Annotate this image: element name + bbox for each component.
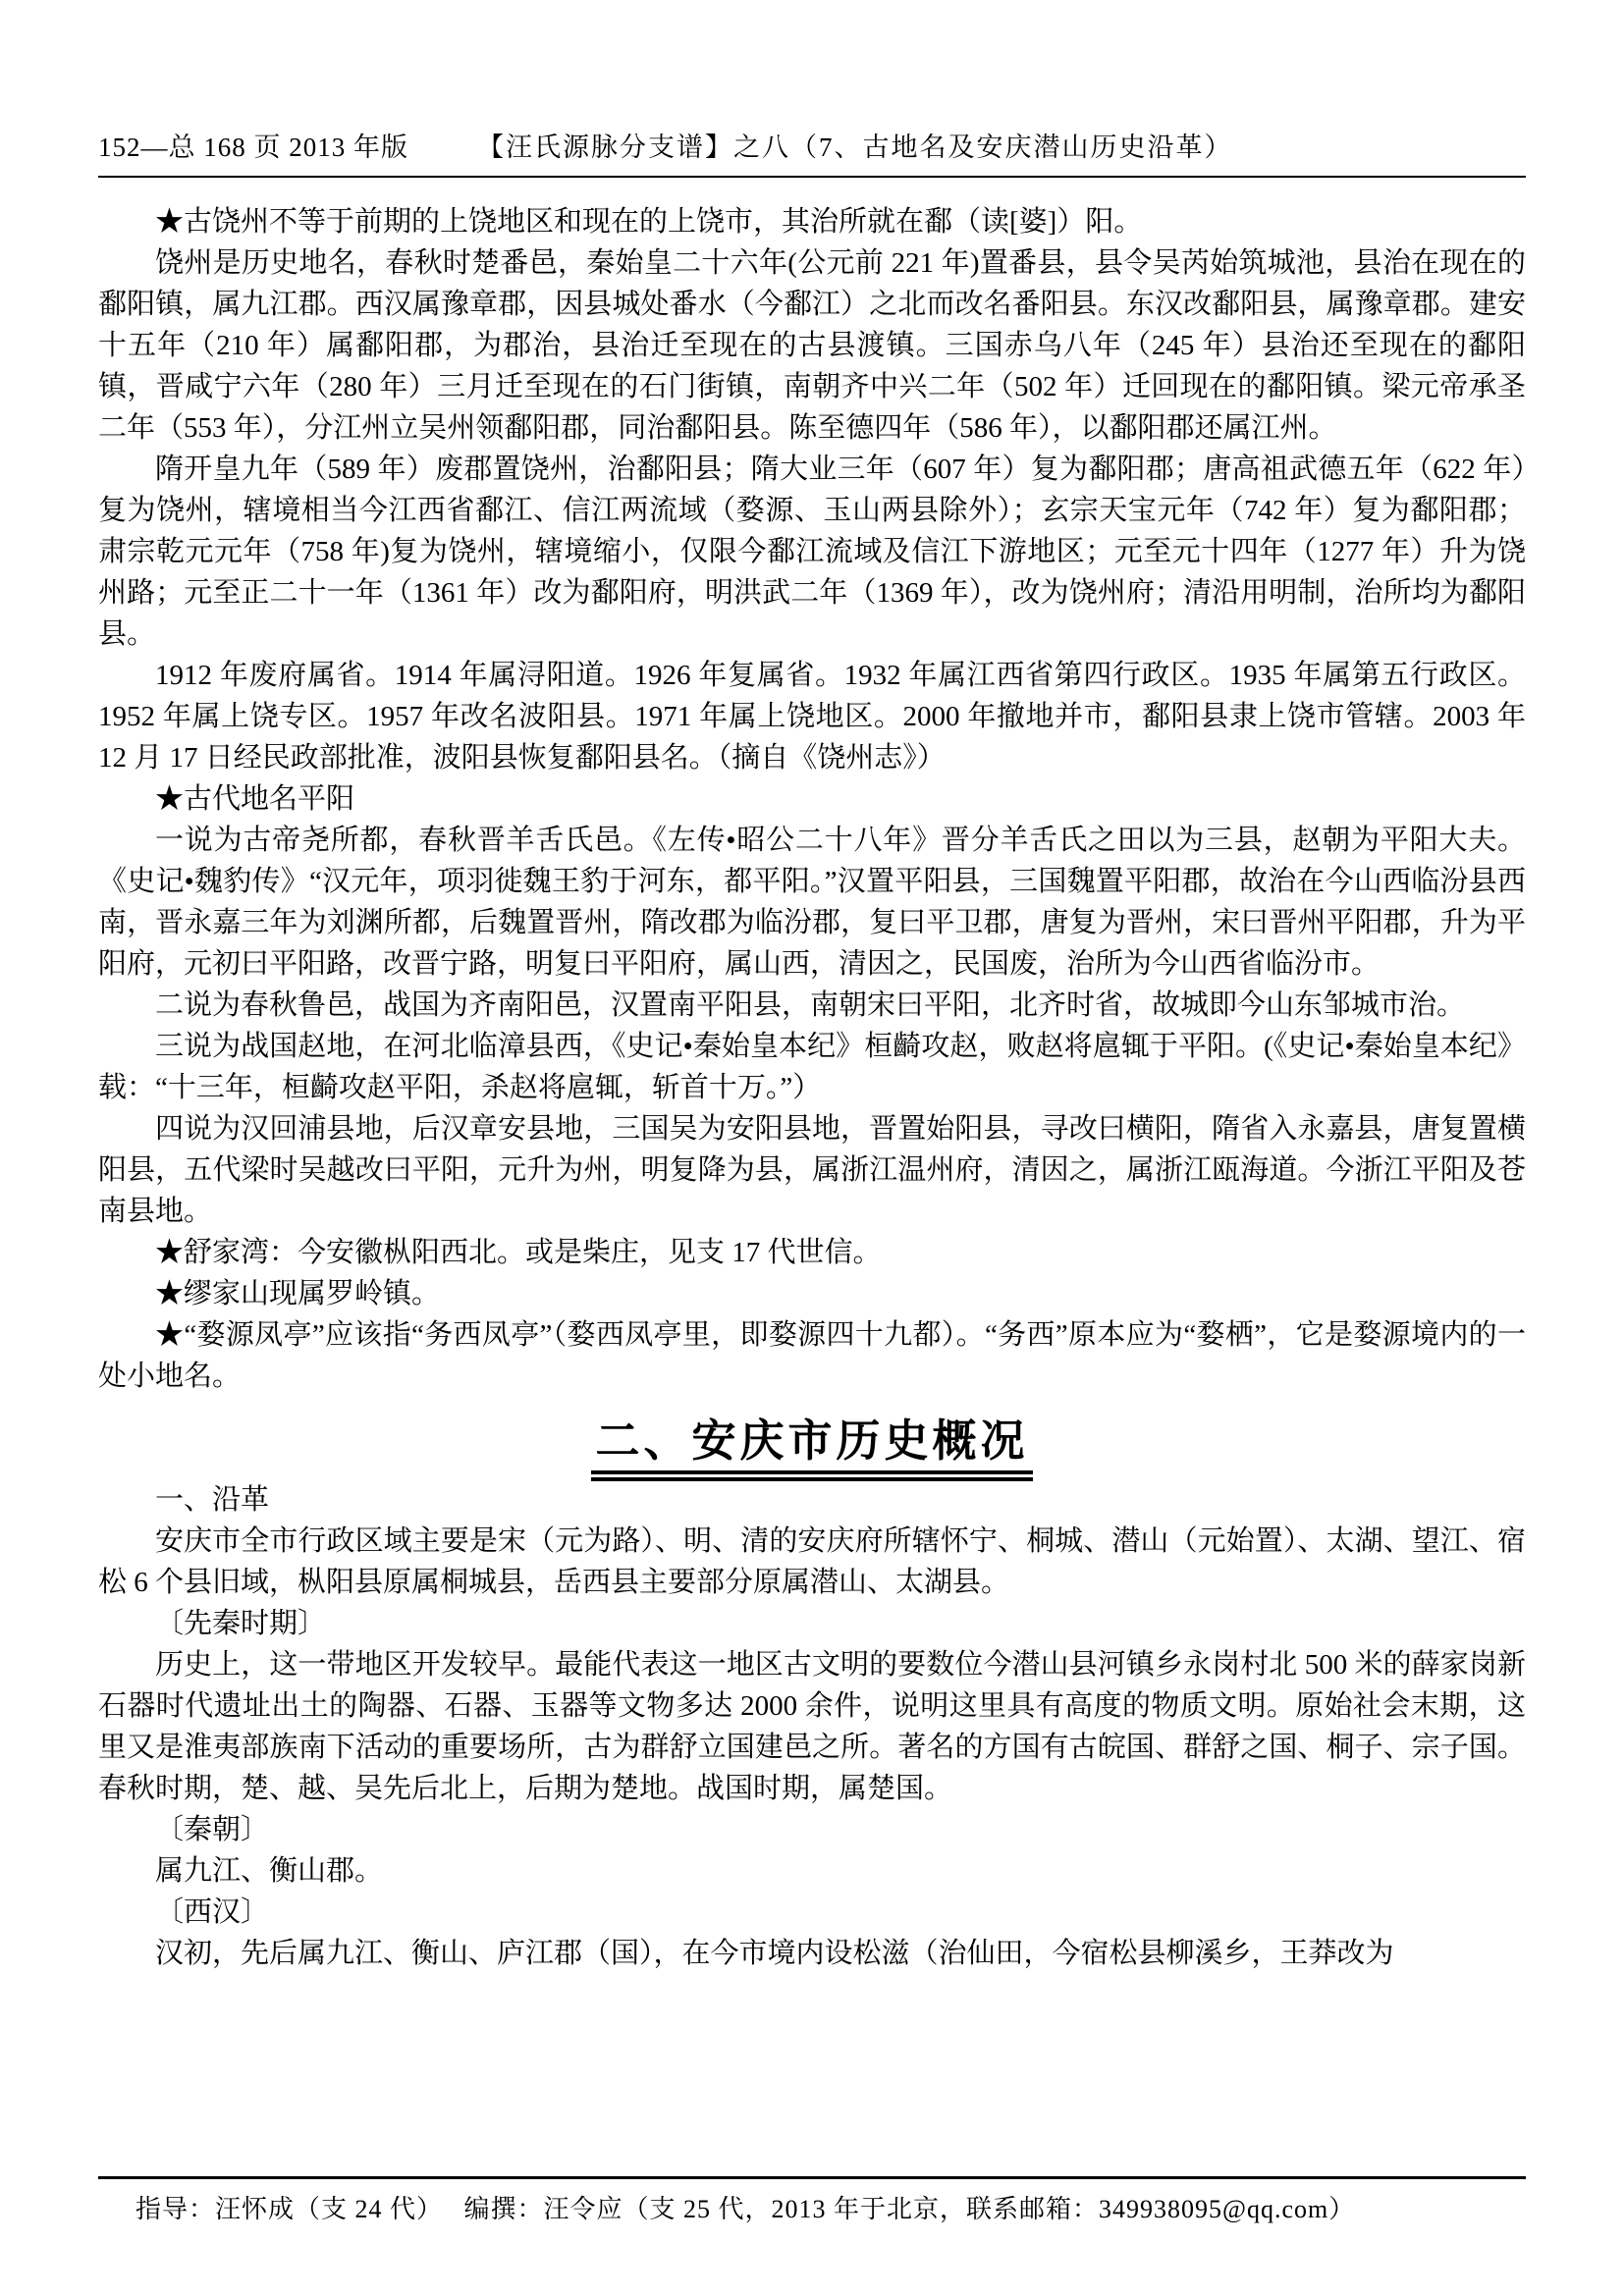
period-label-qin: 〔秦朝〕: [98, 1809, 1526, 1850]
paragraph-raozhou-modern: 1912 年废府属省。1914 年属浔阳道。1926 年复属省。1932 年属江…: [98, 655, 1526, 778]
paragraph-anqing-overview: 安庆市全市行政区域主要是宋（元为路）、明、清的安庆府所辖怀宁、桐城、潜山（元始置…: [98, 1521, 1526, 1603]
period-label-pre-qin: 〔先秦时期〕: [98, 1603, 1526, 1644]
footer-rule: [98, 2176, 1526, 2179]
paragraph-western-han: 汉初，先后属九江、衡山、庐江郡（国），在今市境内设松滋（治仙田，今宿松县柳溪乡，…: [98, 1933, 1526, 1974]
paragraph-pre-qin: 历史上，这一带地区开发较早。最能代表这一地区古文明的要数位今潜山县河镇乡永岗村北…: [98, 1644, 1526, 1809]
note-miaojiashan: ★缪家山现属罗岭镇。: [98, 1273, 1526, 1314]
note-shujiawan: ★舒家湾：今安徽枞阳西北。或是柴庄，见支 17 代世信。: [98, 1232, 1526, 1273]
paragraph-pingyang-3: 三说为战国赵地，在河北临漳县西，《史记•秦始皇本纪》桓齮攻赵，败赵将扈辄于平阳。…: [98, 1026, 1526, 1108]
book-title: 【汪氏源脉分支谱】之八（7、古地名及安庆潜山历史沿革）: [477, 126, 1233, 164]
paragraph-pingyang-2: 二说为春秋鲁邑，战国为齐南阳邑，汉置南平阳县，南朝宋曰平阳，北齐时省，故城即今山…: [98, 985, 1526, 1026]
page-header: 152—总 168 页 2013 年版 【汪氏源脉分支谱】之八（7、古地名及安庆…: [98, 126, 1526, 164]
paragraph-raozhou-history: 饶州是历史地名，春秋时楚番邑，秦始皇二十六年(公元前 221 年)置番县，县令吴…: [98, 242, 1526, 449]
header-rule: [98, 176, 1526, 178]
paragraph-pingyang-4: 四说为汉回浦县地，后汉章安县地，三国吴为安阳县地，晋置始阳县，寻改曰横阳，隋省入…: [98, 1108, 1526, 1232]
note-wuyuan-fengting: ★“婺源凤亭”应该指“务西凤亭”（婺西凤亭里，即婺源四十九都）。“务西”原本应为…: [98, 1314, 1526, 1397]
page-number-info: 152—总 168 页 2013 年版: [98, 126, 408, 164]
page-footer: 指导：汪怀成（支 24 代） 编撰：汪令应（支 25 代，2013 年于北京，联…: [98, 2176, 1526, 2225]
document-page: 152—总 168 页 2013 年版 【汪氏源脉分支谱】之八（7、古地名及安庆…: [0, 0, 1624, 2296]
paragraph-qin: 属九江、衡山郡。: [98, 1850, 1526, 1892]
document-body: ★古饶州不等于前期的上饶地区和现在的上饶市，其治所就在鄱（读[婆]）阳。 饶州是…: [98, 201, 1526, 1974]
section-heading-text: 二、安庆市历史概况: [591, 1416, 1032, 1481]
paragraph-raozhou-sui-tang: 隋开皇九年（589 年）废郡置饶州，治鄱阳县；隋大业三年（607 年）复为鄱阳郡…: [98, 449, 1526, 655]
subsection-yange: 一、沿革: [98, 1479, 1526, 1521]
footer-credits: 指导：汪怀成（支 24 代） 编撰：汪令应（支 25 代，2013 年于北京，联…: [98, 2189, 1526, 2225]
note-pingyang-title: ★古代地名平阳: [98, 778, 1526, 820]
section-heading: 二、安庆市历史概况: [98, 1420, 1526, 1462]
note-raozhou: ★古饶州不等于前期的上饶地区和现在的上饶市，其治所就在鄱（读[婆]）阳。: [98, 201, 1526, 242]
period-label-western-han: 〔西汉〕: [98, 1892, 1526, 1933]
paragraph-pingyang-1: 一说为古帝尧所都，春秋晋羊舌氏邑。《左传•昭公二十八年》晋分羊舌氏之田以为三县，…: [98, 820, 1526, 985]
